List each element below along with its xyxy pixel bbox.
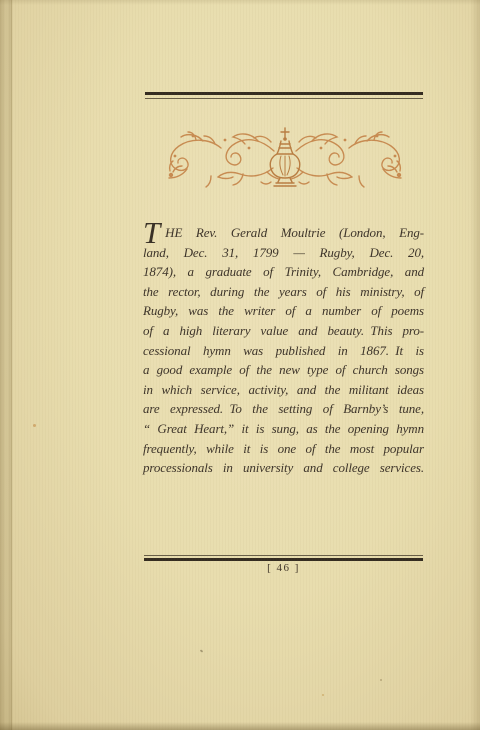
text-line: of a high literary value and beauty. Thi… (143, 321, 424, 341)
paper-speck (322, 694, 324, 696)
page-number: [ 46 ] (144, 562, 423, 574)
text-line: a good example of the new type of church… (143, 360, 424, 380)
text-line: Rugby, was the writer of a number of poe… (143, 301, 424, 321)
text-line: land, Dec. 31, 1799 — Rugby, Dec. 20, (143, 243, 424, 263)
book-page: THE Rev. Gerald Moultrie (London, Eng- l… (0, 0, 480, 730)
text-line: cessional hymn was published in 1867. It… (143, 341, 424, 361)
text-line: frequently, while it is one of the most … (143, 439, 424, 459)
page-edge-top (0, 0, 480, 5)
page-edge-right (470, 0, 480, 730)
top-double-rule (145, 92, 423, 99)
paper-speck (200, 649, 204, 652)
text-line: in which service, activity, and the mili… (143, 380, 424, 400)
paper-speck (33, 424, 36, 427)
floral-headpiece-ornament (163, 126, 407, 192)
paper-speck (380, 679, 382, 681)
text-line: the rector, during the years of his mini… (143, 282, 424, 302)
paragraph: THE Rev. Gerald Moultrie (London, Eng- l… (143, 223, 424, 478)
text-line: “ Great Heart,” it is sung, as the openi… (143, 419, 424, 439)
bottom-double-rule (144, 555, 423, 561)
page-edge-bottom (0, 722, 480, 730)
text-line: 1874), a graduate of Trinity, Cambridge,… (143, 262, 424, 282)
text-line-content: HE Rev. Gerald Moultrie (London, Eng- (165, 225, 424, 240)
text-line: THE Rev. Gerald Moultrie (London, Eng- (143, 223, 424, 243)
text-line: are expressed. To the setting of Barnby’… (143, 399, 424, 419)
text-line: processionals in university and college … (143, 458, 424, 478)
page-fold-line (11, 0, 12, 730)
